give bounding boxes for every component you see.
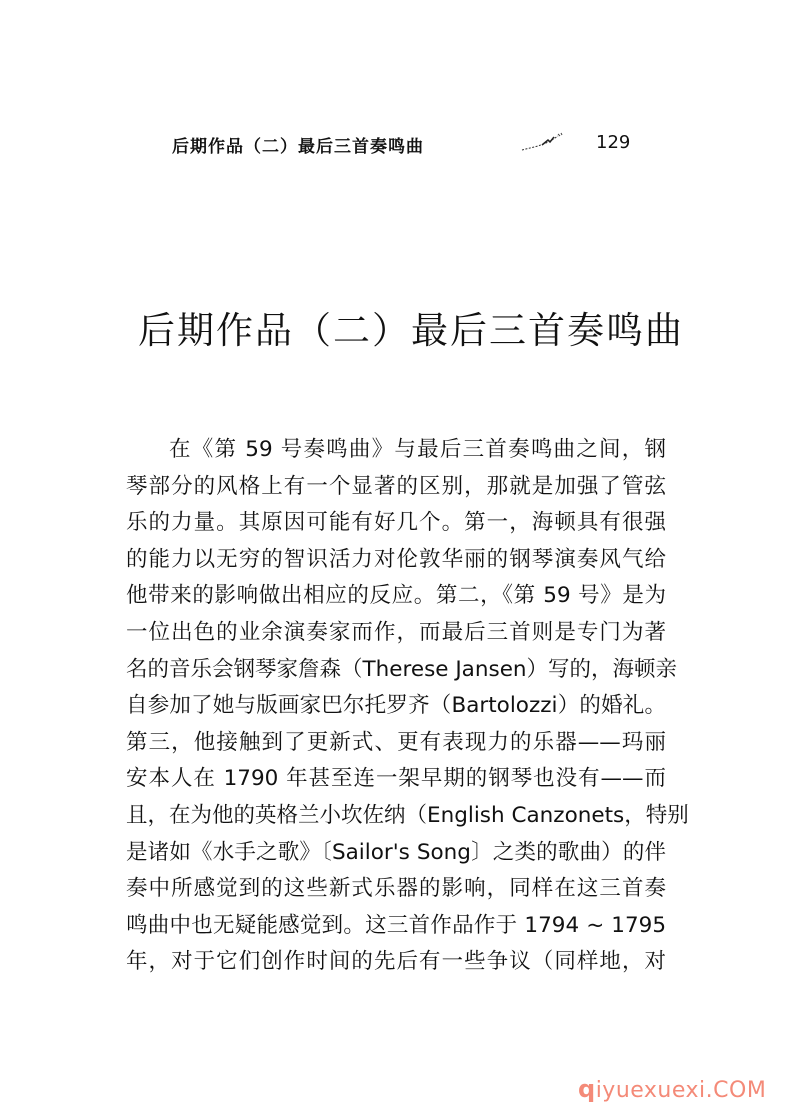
text-line: 年，对于它们创作时间的先后有一些争议（同样地，对 [126, 944, 666, 981]
text-line: 第三，他接触到了更新式、更有表现力的乐器——玛丽 [126, 725, 666, 762]
text-line: 他带来的影响做出相应的反应。第二，《第 59 号》是为 [126, 578, 666, 615]
chapter-title: 后期作品（二）最后三首奏鸣曲 [138, 300, 684, 354]
watermark: qiyuexuexi.COM [578, 1075, 766, 1103]
text-line: 名的音乐会钢琴家詹森（Therese Jansen）写的，海顿亲 [126, 652, 666, 689]
page-number: 129 [596, 132, 630, 153]
text-line: 是诸如《水手之歌》〔Sailor's Song〕之类的歌曲）的伴 [126, 835, 666, 872]
running-header-title: 后期作品（二）最后三首奏鸣曲 [172, 132, 424, 157]
watermark-logo-letter: q [578, 1075, 596, 1103]
text-line: 安本人在 1790 年甚至连一架早期的钢琴也没有——而 [126, 761, 666, 798]
text-line: 且，在为他的英格兰小坎佐纳（English Canzonets，特别 [126, 798, 666, 835]
text-line: 奏中所感觉到的这些新式乐器的影响，同样在这三首奏 [126, 871, 666, 908]
text-line: 乐的力量。其原因可能有好几个。第一，海顿具有很强 [126, 505, 666, 542]
body-paragraph: 在《第 59 号奏鸣曲》与最后三首奏鸣曲之间，钢 琴部分的风格上有一个显著的区别… [126, 432, 666, 981]
text-line: 的能力以无穷的智识活力对伦敦华丽的钢琴演奏风气给 [126, 542, 666, 579]
text-line: 在《第 59 号奏鸣曲》与最后三首奏鸣曲之间，钢 [126, 432, 666, 469]
running-header: 后期作品（二）最后三首奏鸣曲 129 [172, 130, 632, 160]
text-line: 一位出色的业余演奏家而作，而最后三首则是专门为著 [126, 615, 666, 652]
pen-flourish-icon [520, 132, 564, 154]
text-line: 鸣曲中也无疑能感觉到。这三首作品作于 1794 ~ 1795 [126, 908, 666, 945]
text-line: 琴部分的风格上有一个显著的区别，那就是加强了管弦 [126, 469, 666, 506]
watermark-text: iyuexuexi.COM [596, 1078, 767, 1103]
text-line: 自参加了她与版画家巴尔托罗齐（Bartolozzi）的婚礼。 [126, 688, 666, 725]
